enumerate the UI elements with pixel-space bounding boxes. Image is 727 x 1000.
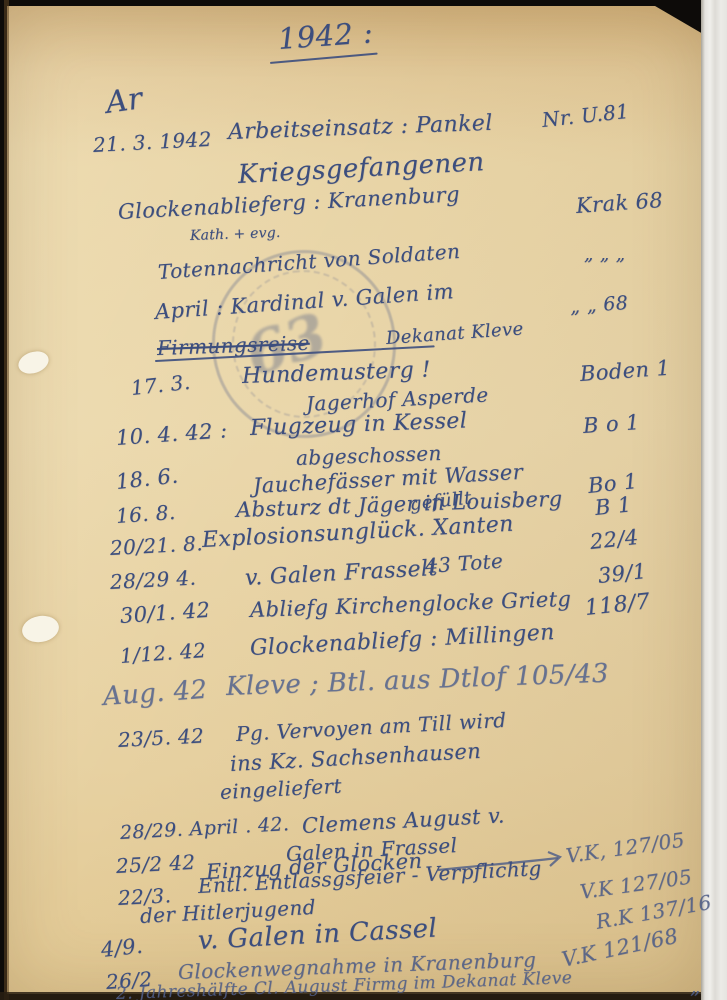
scanner-background-strip xyxy=(701,0,727,1000)
entry-date: 25/2 42 xyxy=(115,850,196,878)
entry-subtext: Kath. + evg. xyxy=(190,225,281,244)
entry-date: 28/29 4. xyxy=(109,566,196,594)
entry-date: 23/5. 42 xyxy=(117,724,204,752)
entry-date: 16. 8. xyxy=(115,500,176,528)
entry-ref: 22/4 xyxy=(589,525,640,554)
entry-ref: „ „ 68 xyxy=(569,292,629,318)
ditto-marks: „ „ „ xyxy=(584,244,625,265)
entry-date: 20/21. 8. xyxy=(109,531,203,560)
entry-ref: B o 1 xyxy=(582,410,640,438)
monogram-mark: Ar xyxy=(104,81,145,121)
scanned-document-page: 63 1942 : Ar 21. 3. 1942 Arbeitseinsatz … xyxy=(0,0,727,1000)
ditto-mark: „ xyxy=(690,974,701,998)
entry-ref: B 1 xyxy=(594,492,633,520)
page-title-year: 1942 : xyxy=(277,15,374,56)
entry-date: 4/9. xyxy=(100,934,144,962)
entry-ref: 39/1 xyxy=(597,559,648,588)
page-left-edge xyxy=(4,0,9,1000)
